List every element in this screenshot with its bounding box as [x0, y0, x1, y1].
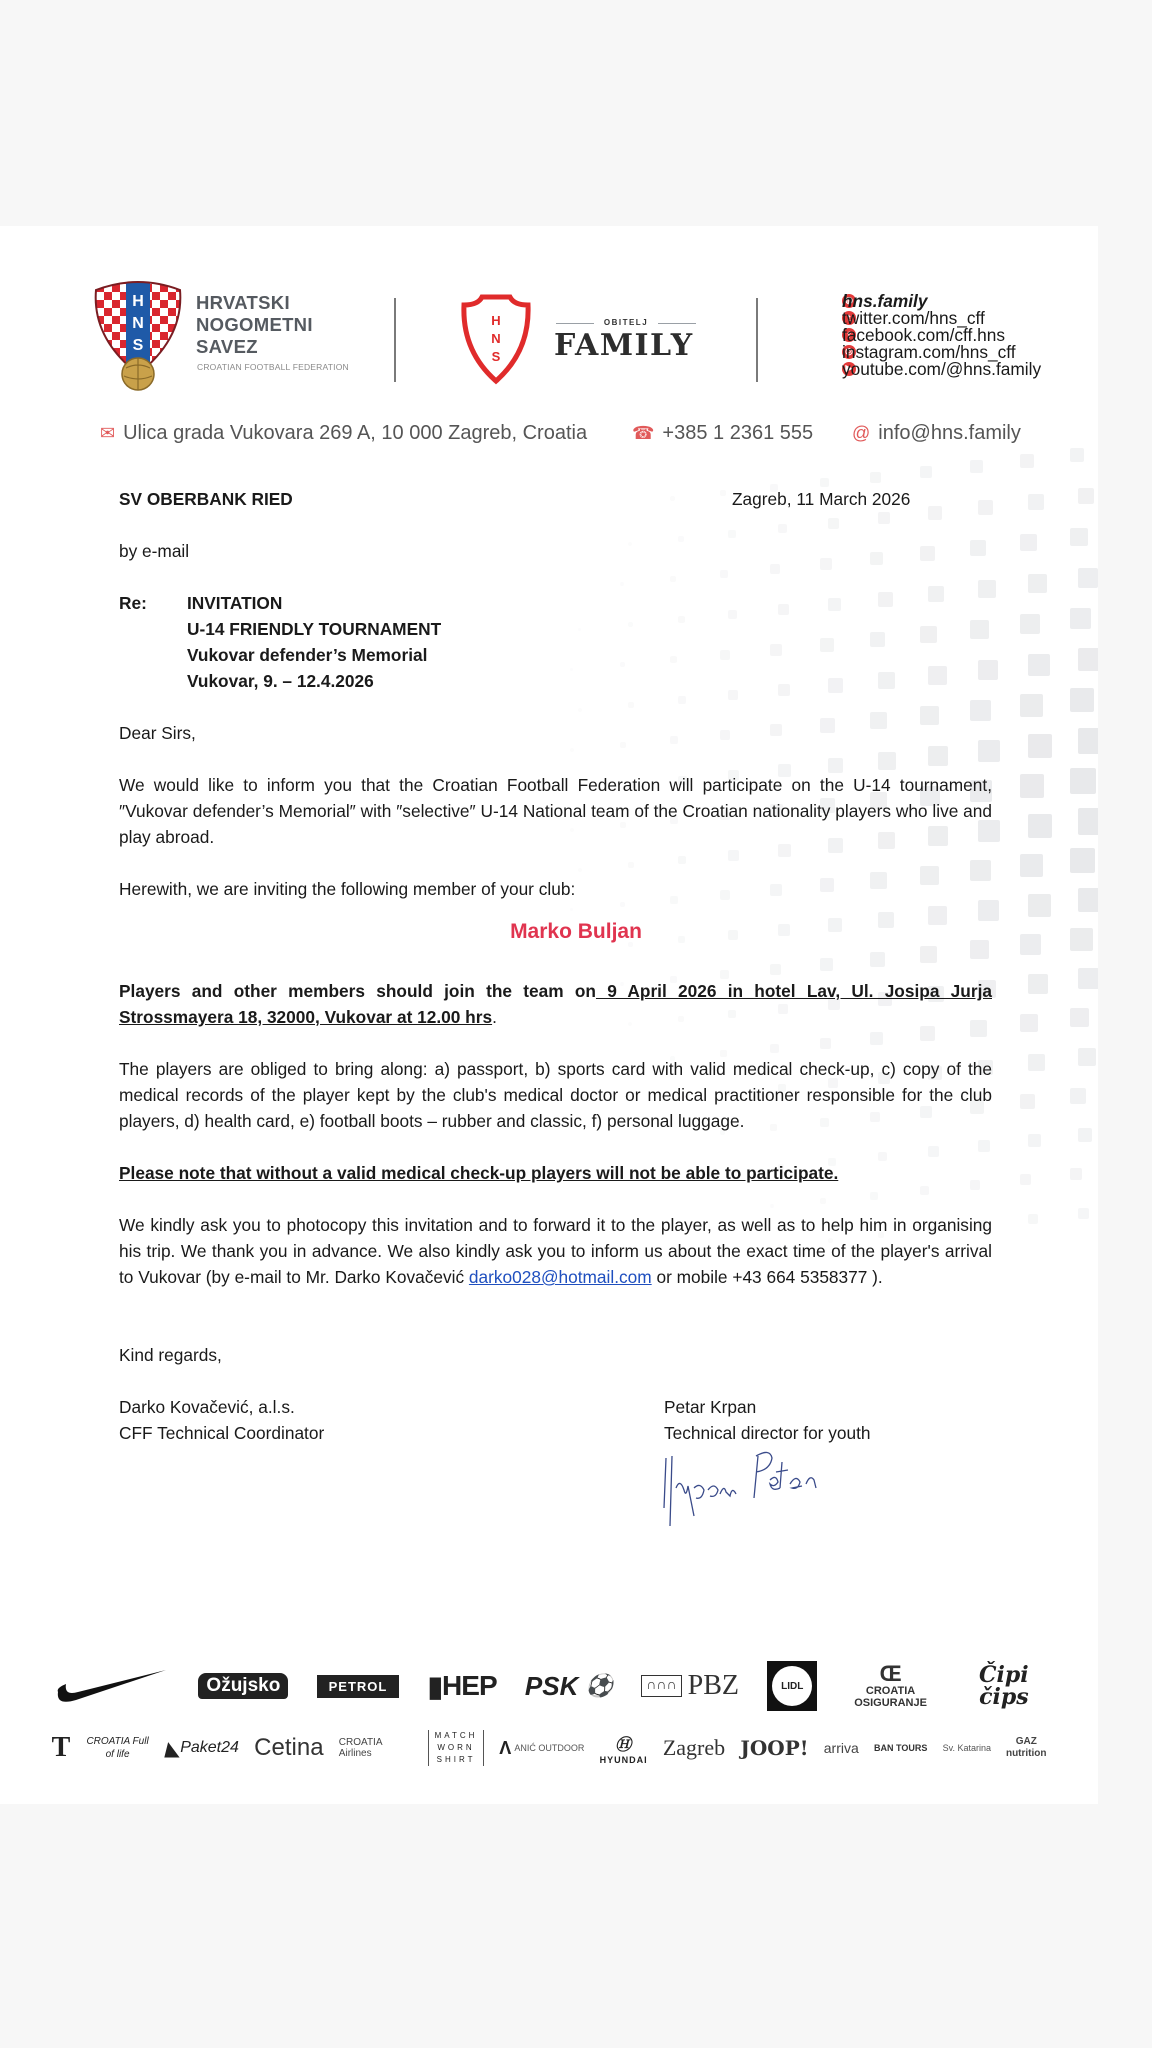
- sponsor-logos-row-2: T CROATIA Full of life ◣Paket24 Cetina C…: [0, 1726, 1098, 1770]
- sponsor-name: arriva: [824, 1740, 859, 1756]
- paragraph-requirements: The players are obliged to bring along: …: [119, 1056, 992, 1134]
- sponsor-name: Cetina: [254, 1734, 323, 1762]
- signatory-right: Petar Krpan Technical director for youth: [664, 1394, 871, 1446]
- ban-tours-logo: BAN TOURS: [874, 1743, 927, 1753]
- gaz-nutrition-logo: GAZ nutrition: [1006, 1736, 1046, 1760]
- hyundai-emblem-icon: Ⓗ: [615, 1732, 632, 1755]
- co-emblem-icon: Œ: [880, 1663, 902, 1685]
- social-link-youtube[interactable]: ▶ youtube.com/@hns.family: [842, 360, 866, 377]
- svg-text:H: H: [491, 313, 500, 328]
- social-links: ◍ hns.family t twitter.com/hns_cff f fac…: [842, 292, 866, 377]
- sponsor-name: CROATIA Airlines: [339, 1737, 413, 1759]
- football-icon: ⚽: [586, 1673, 613, 1699]
- arriva-logo: arriva: [824, 1740, 859, 1756]
- header-divider: [394, 298, 396, 382]
- sponsor-name: Čipi čips: [964, 1664, 1044, 1708]
- petrol-logo: PETROL: [317, 1675, 400, 1698]
- sponsor-name: Paket24: [180, 1739, 239, 1757]
- anic-emblem-icon: Λ: [499, 1738, 511, 1759]
- cipi-cips-logo: Čipi čips: [964, 1664, 1044, 1708]
- sponsor-name: ANIĆ OUTDOOR: [514, 1743, 584, 1753]
- anic-outdoor-logo: ΛANIĆ OUTDOOR: [499, 1738, 584, 1759]
- zagreb-logo: Zagreb: [663, 1735, 725, 1761]
- paket24-logo: ◣Paket24: [165, 1736, 239, 1761]
- recipient: SV OBERBANK RIED: [119, 486, 293, 512]
- hep-logo: ▮HEP: [428, 1670, 497, 1703]
- croatia-airlines-logo: CROATIA Airlines: [339, 1737, 413, 1759]
- nike-logo: [54, 1666, 170, 1706]
- sponsor-name: JOOP!: [740, 1736, 808, 1760]
- join-end: .: [492, 1007, 497, 1027]
- hyundai-logo: ⒽHYUNDAI: [600, 1732, 648, 1765]
- sponsor-name: CROATIA Full of life: [86, 1735, 150, 1761]
- cetina-logo: Cetina: [254, 1734, 323, 1762]
- sponsor-name: Ožujsko: [206, 1675, 280, 1697]
- sponsor-name: PSK: [525, 1671, 578, 1702]
- sponsor-name: CROATIA OSIGURANJE: [846, 1685, 936, 1709]
- social-link-text: youtube.com/@hns.family: [842, 356, 1041, 382]
- svg-text:S: S: [133, 337, 144, 354]
- svg-text:S: S: [492, 349, 501, 364]
- re-label: Re:: [119, 590, 147, 616]
- invited-player-name: Marko Buljan: [0, 920, 1098, 944]
- envelope-icon: ✉: [100, 423, 115, 444]
- delivery-method: by e-mail: [119, 538, 189, 564]
- signatory-name: Petar Krpan: [664, 1394, 871, 1420]
- join-intro: Players and other members should join th…: [119, 981, 596, 1001]
- lidl-logo: LIDL: [767, 1661, 817, 1711]
- match-worn-shirt-logo: MATCH WORN SHIRT: [428, 1730, 484, 1766]
- header-divider: [756, 298, 758, 382]
- sponsor-name: PETROL: [329, 1679, 388, 1694]
- pbz-logo: ∩∩∩PBZ: [641, 1670, 739, 1702]
- sponsor-name: HEP: [442, 1670, 497, 1702]
- paragraph-intro: We would like to inform you that the Cro…: [119, 772, 992, 850]
- federation-name: HRVATSKI NOGOMETNI SAVEZ: [196, 292, 313, 358]
- handwritten-signature: [660, 1448, 830, 1528]
- pbz-emblem-icon: ∩∩∩: [641, 1675, 681, 1697]
- contact-email-link[interactable]: darko028@hotmail.com: [469, 1267, 652, 1287]
- letter-page: H N S HRVATSKI NOGOMETNI SAVEZ CROATIAN …: [0, 226, 1098, 1804]
- sponsor-name: HYUNDAI: [600, 1755, 648, 1765]
- subject-line: Vukovar defender’s Memorial: [187, 642, 441, 668]
- federation-name-line: HRVATSKI: [196, 292, 313, 314]
- arrival-text-end: or mobile +43 664 5358377 ).: [652, 1267, 883, 1287]
- sponsor-name: GAZ nutrition: [1006, 1736, 1047, 1760]
- subject-block: INVITATION U-14 FRIENDLY TOURNAMENT Vuko…: [187, 590, 441, 694]
- croatia-osiguranje-logo: ŒCROATIA OSIGURANJE: [846, 1663, 936, 1709]
- closing: Kind regards,: [119, 1342, 222, 1368]
- svg-text:H: H: [132, 293, 144, 310]
- salutation: Dear Sirs,: [119, 720, 196, 746]
- email-text: info@hns.family: [878, 422, 1021, 445]
- sponsor-name: T: [52, 1732, 71, 1764]
- family-title: FAMILY: [554, 328, 694, 363]
- svg-text:N: N: [491, 331, 500, 346]
- family-subtitle: OBITELJ: [556, 318, 696, 327]
- sponsor-name: PBZ: [688, 1670, 739, 1702]
- paragraph-arrival: We kindly ask you to photocopy this invi…: [119, 1212, 992, 1290]
- subject-line: U-14 FRIENDLY TOURNAMENT: [187, 616, 441, 642]
- medical-note: Please note that without a valid medical…: [119, 1160, 838, 1186]
- telekom-logo: T: [52, 1732, 71, 1764]
- hns-family-shield-logo: H N S: [458, 293, 534, 385]
- phone-text: +385 1 2361 555: [662, 422, 813, 445]
- address-text: Ulica grada Vukovara 269 A, 10 000 Zagre…: [123, 422, 587, 445]
- contact-address: ✉ Ulica grada Vukovara 269 A, 10 000 Zag…: [100, 422, 587, 445]
- subject-line: INVITATION: [187, 590, 441, 616]
- svg-text:N: N: [132, 315, 144, 332]
- sv-katarina-logo: Sv. Katarina: [943, 1743, 991, 1753]
- sponsor-name: Zagreb: [663, 1735, 725, 1761]
- joop-logo: JOOP!: [740, 1736, 808, 1760]
- sponsor-logos-row-1: Ožujsko PETROL ▮HEP PSK ⚽ ∩∩∩PBZ LIDL ŒC…: [0, 1658, 1098, 1714]
- croatia-full-of-life-logo: CROATIA Full of life: [86, 1735, 150, 1761]
- contact-email[interactable]: @ info@hns.family: [852, 422, 1021, 445]
- ozujsko-logo: Ožujsko: [198, 1673, 288, 1699]
- hns-crest-logo: H N S: [88, 276, 188, 396]
- subject-line: Vukovar, 9. – 12.4.2026: [187, 668, 441, 694]
- paragraph-join: Players and other members should join th…: [119, 978, 992, 1030]
- signatory-name: Darko Kovačević, a.l.s.: [119, 1394, 324, 1420]
- at-icon: @: [852, 423, 870, 444]
- sponsor-name: LIDL: [772, 1666, 812, 1706]
- federation-name-line: NOGOMETNI: [196, 314, 313, 336]
- contact-phone: ☎ +385 1 2361 555: [632, 422, 813, 445]
- paragraph-invite: Herewith, we are inviting the following …: [119, 876, 575, 902]
- paket24-emblem-icon: ◣: [165, 1736, 180, 1761]
- federation-name-line: SAVEZ: [196, 336, 313, 358]
- signatory-left: Darko Kovačević, a.l.s. CFF Technical Co…: [119, 1394, 324, 1446]
- signatory-title: CFF Technical Coordinator: [119, 1420, 324, 1446]
- phone-icon: ☎: [632, 423, 654, 444]
- letter-date: Zagreb, 11 March 2026: [732, 486, 910, 512]
- signatory-title: Technical director for youth: [664, 1420, 871, 1446]
- sponsor-name: Sv. Katarina: [943, 1743, 991, 1753]
- psk-logo: PSK ⚽: [525, 1671, 613, 1702]
- federation-subtitle: CROATIAN FOOTBALL FEDERATION: [197, 362, 349, 372]
- sponsor-name: MATCH WORN SHIRT: [433, 1730, 479, 1766]
- sponsor-name: BAN TOURS: [874, 1743, 927, 1753]
